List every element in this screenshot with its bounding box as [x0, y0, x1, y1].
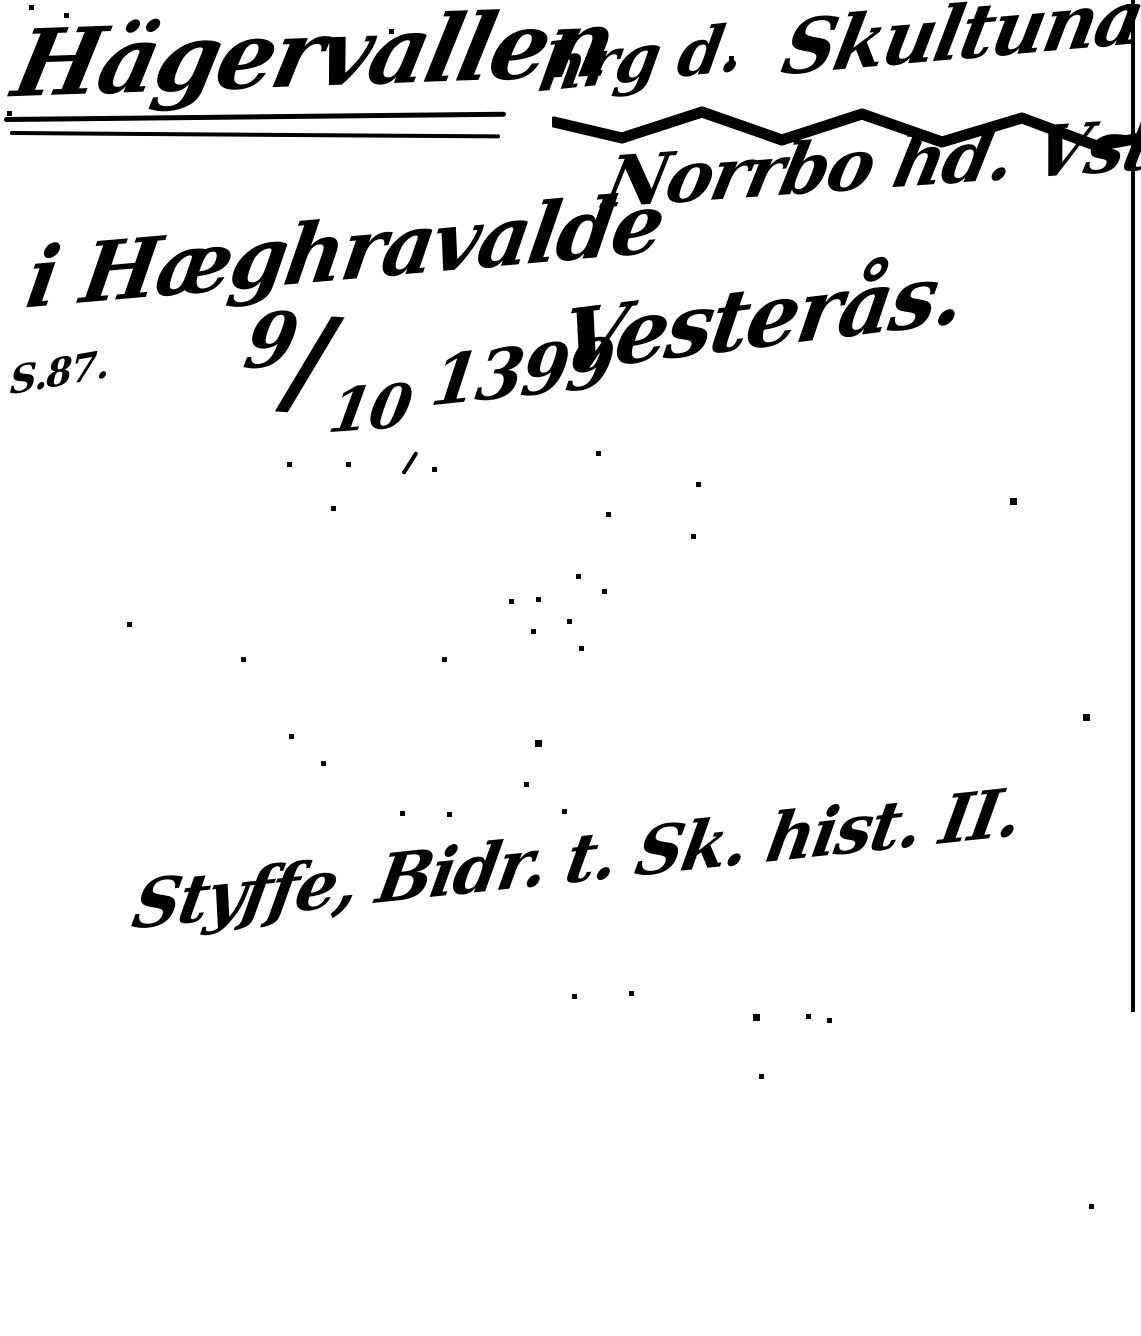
- ink-specks: [0, 0, 3, 3]
- scanned-archive-card: Hägervallen hrg d. Skultuna by Norrbo hd…: [0, 0, 1141, 1336]
- citation-text: Styffe, Bidr. t. Sk. hist. II.: [128, 778, 1026, 939]
- headword-text: Hägervallen: [6, 0, 621, 110]
- margin-page-ref: S.87.: [9, 344, 109, 400]
- header-place-text: Skultuna by: [777, 0, 1141, 87]
- scanner-edge-tick-top: [1132, 0, 1134, 12]
- scanner-edge-line: [1131, 0, 1135, 1012]
- headword-underline-2: [10, 131, 500, 138]
- date-slash-icon: /: [284, 300, 333, 423]
- stray-ink-stroke: [401, 451, 418, 475]
- header-annotation-text: hrg d.: [534, 16, 747, 103]
- date-month: 10: [325, 376, 415, 442]
